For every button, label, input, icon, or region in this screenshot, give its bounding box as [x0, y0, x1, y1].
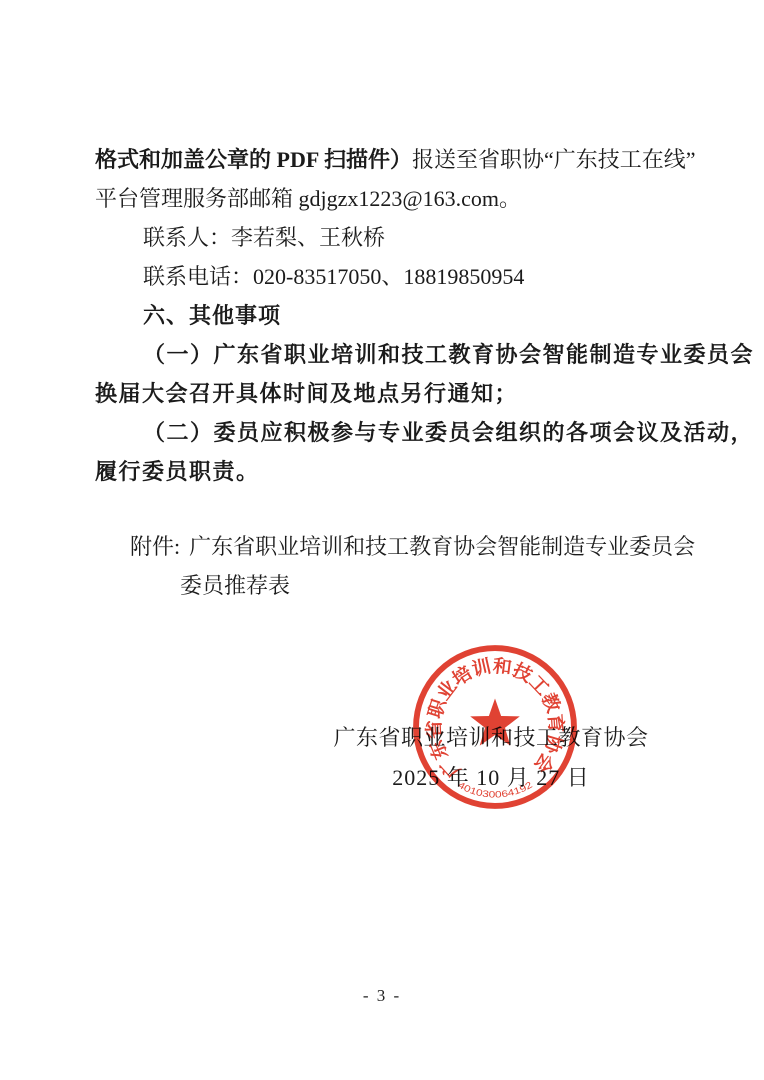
body-text-block: 格式和加盖公章的 PDF 扫描件）报送至省职协“广东技工在线” 平台管理服务部邮…: [95, 140, 697, 491]
item-one-line2: 换届大会召开具体时间及地点另行通知；: [95, 374, 697, 413]
attachment-line1: 附件:广东省职业培训和技工教育协会智能制造专业委员会: [130, 527, 695, 566]
item-two-line1: （二）委员应积极参与专业委员会组织的各项会议及活动，: [95, 413, 697, 452]
attachment-label: 附件:: [130, 534, 180, 559]
document-page: 格式和加盖公章的 PDF 扫描件）报送至省职协“广东技工在线” 平台管理服务部邮…: [0, 0, 764, 1080]
paragraph-continuation-line1: 格式和加盖公章的 PDF 扫描件）报送至省职协“广东技工在线”: [95, 140, 697, 179]
signature-date: 2025 年 10 月 27 日: [330, 758, 652, 798]
item-two-line2: 履行委员职责。: [95, 452, 697, 491]
regular-run: 报送至省职协“广东技工在线”: [412, 147, 696, 172]
attachment-title-part1: 广东省职业培训和技工教育协会智能制造专业委员会: [189, 534, 695, 559]
section-heading: 六、其他事项: [95, 296, 697, 335]
signature-block: 广东省职业培训和技工教育协会 2025 年 10 月 27 日: [330, 718, 652, 798]
contact-person-line: 联系人：李若梨、王秋桥: [95, 218, 697, 257]
signature-org-name: 广东省职业培训和技工教育协会: [330, 718, 652, 758]
contact-phone-line: 联系电话：020-83517050、18819850954: [95, 257, 697, 296]
attachment-block: 附件:广东省职业培训和技工教育协会智能制造专业委员会 委员推荐表: [130, 527, 695, 605]
item-one-line1: （一）广东省职业培训和技工教育协会智能制造专业委员会: [95, 335, 697, 374]
attachment-line2: 委员推荐表: [180, 566, 695, 605]
paragraph-continuation-line2: 平台管理服务部邮箱 gdjgzx1223@163.com。: [95, 179, 697, 218]
page-number: - 3 -: [0, 986, 764, 1006]
bold-run: 格式和加盖公章的 PDF 扫描件）: [95, 147, 412, 172]
